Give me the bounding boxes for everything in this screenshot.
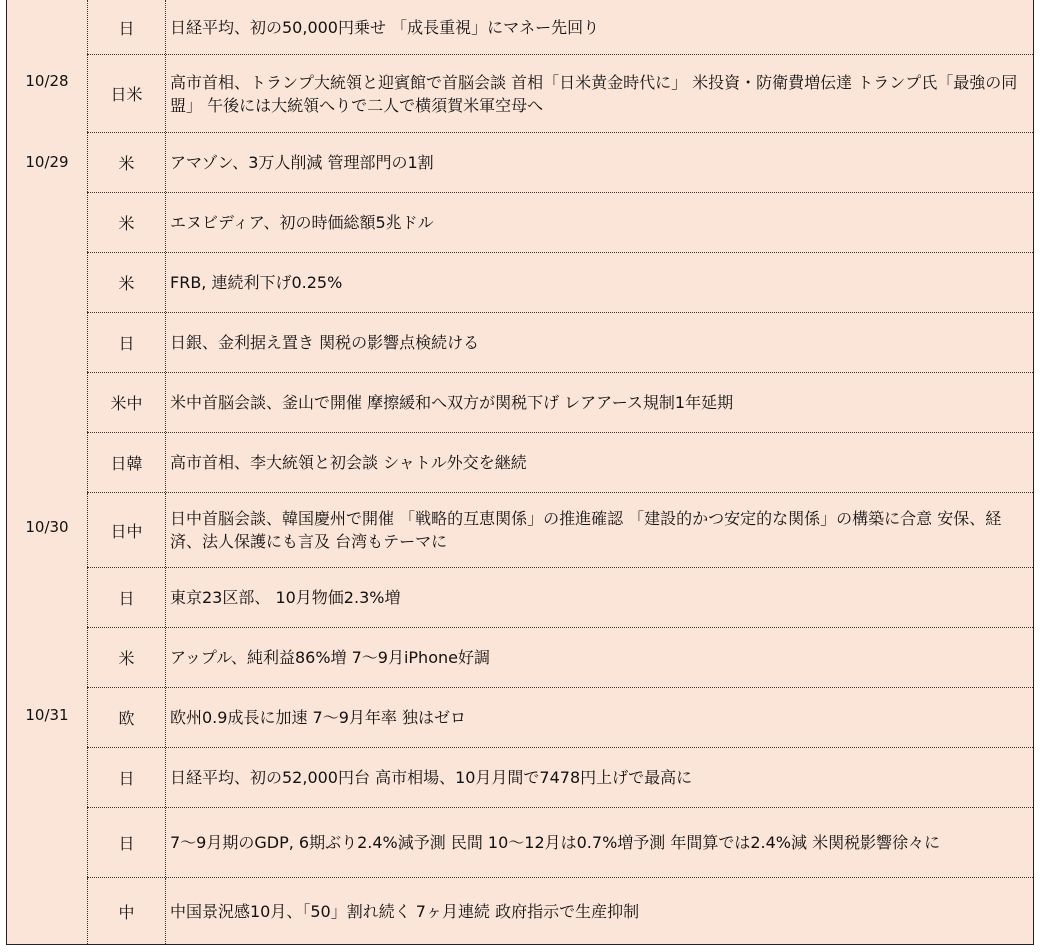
region-cell: 日米 bbox=[87, 55, 166, 132]
headline-cell: 高市首相、トランプ大統領と迎賓館で首脳会談 首相「日米黄金時代に」 米投資・防衛… bbox=[166, 55, 1033, 132]
table-row: 日米 高市首相、トランプ大統領と迎賓館で首脳会談 首相「日米黄金時代に」 米投資… bbox=[87, 55, 1033, 133]
region-cell: 中 bbox=[87, 878, 166, 944]
date-label: 10/28 bbox=[7, 72, 87, 90]
table-row: 米 アマゾン、3万人削減 管理部門の1割 bbox=[87, 133, 1033, 193]
table-row: 日 日経平均、初の52,000円台 高市相場、10月月間で7478円上げで最高に bbox=[87, 748, 1033, 808]
region-cell: 日 bbox=[87, 313, 166, 372]
date-label: 10/29 bbox=[7, 153, 87, 171]
region-cell: 米 bbox=[87, 628, 166, 687]
headline-cell: 日中首脳会談、韓国慶州で開催 「戦略的互恵関係」の推進確認 「建設的かつ安定的な… bbox=[166, 493, 1033, 567]
headline-cell: 日経平均、初の52,000円台 高市相場、10月月間で7478円上げで最高に bbox=[166, 748, 1033, 807]
table-row: 米 FRB, 連続利下げ0.25% bbox=[87, 253, 1033, 313]
headline-cell: アマゾン、3万人削減 管理部門の1割 bbox=[166, 133, 1033, 192]
headline-cell: エヌビディア、初の時価総額5兆ドル bbox=[166, 193, 1033, 252]
table-row: 中 中国景況感10月、「50」割れ続く 7ヶ月連続 政府指示で生産抑制 bbox=[87, 878, 1033, 944]
region-cell: 米 bbox=[87, 253, 166, 312]
table-row: 欧 欧州0.9成長に加速 7～9月年率 独はゼロ bbox=[87, 688, 1033, 748]
table-row: 米 エヌビディア、初の時価総額5兆ドル bbox=[87, 193, 1033, 253]
headline-cell: 米中首脳会談、釜山で開催 摩擦緩和へ双方が関税下げ レアアース規制1年延期 bbox=[166, 373, 1033, 432]
region-cell: 日中 bbox=[87, 493, 166, 567]
news-table: 10/28 10/29 10/30 10/31 日 日経平均、初の50,000円… bbox=[6, 0, 1034, 945]
headline-cell: FRB, 連続利下げ0.25% bbox=[166, 253, 1033, 312]
region-cell: 欧 bbox=[87, 688, 166, 747]
region-cell: 米中 bbox=[87, 373, 166, 432]
headline-cell: 東京23区部、 10月物価2.3%増 bbox=[166, 568, 1033, 627]
table-row: 日 日経平均、初の50,000円乗せ 「成長重視」にマネー先回り bbox=[87, 0, 1033, 55]
table-row: 日 7～9月期のGDP, 6期ぶり2.4%減予測 民間 10～12月は0.7%増… bbox=[87, 808, 1033, 878]
table-row: 日 日銀、金利据え置き 関税の影響点検続ける bbox=[87, 313, 1033, 373]
region-cell: 日 bbox=[87, 0, 166, 54]
headline-cell: アップル、純利益86%増 7～9月iPhone好調 bbox=[166, 628, 1033, 687]
region-cell: 日 bbox=[87, 748, 166, 807]
table-row: 日韓 高市首相、李大統領と初会談 シャトル外交を継続 bbox=[87, 433, 1033, 493]
headline-cell: 欧州0.9成長に加速 7～9月年率 独はゼロ bbox=[166, 688, 1033, 747]
headline-cell: 日銀、金利据え置き 関税の影響点検続ける bbox=[166, 313, 1033, 372]
headline-cell: 高市首相、李大統領と初会談 シャトル外交を継続 bbox=[166, 433, 1033, 492]
table-row: 米 アップル、純利益86%増 7～9月iPhone好調 bbox=[87, 628, 1033, 688]
region-cell: 日 bbox=[87, 568, 166, 627]
region-cell: 米 bbox=[87, 133, 166, 192]
region-cell: 米 bbox=[87, 193, 166, 252]
table-row: 日 東京23区部、 10月物価2.3%増 bbox=[87, 568, 1033, 628]
region-cell: 日 bbox=[87, 808, 166, 877]
headline-cell: 中国景況感10月、「50」割れ続く 7ヶ月連続 政府指示で生産抑制 bbox=[166, 878, 1033, 944]
table-row: 米中 米中首脳会談、釜山で開催 摩擦緩和へ双方が関税下げ レアアース規制1年延期 bbox=[87, 373, 1033, 433]
headline-cell: 日経平均、初の50,000円乗せ 「成長重視」にマネー先回り bbox=[166, 0, 1033, 54]
date-label: 10/31 bbox=[7, 706, 87, 724]
table-row: 日中 日中首脳会談、韓国慶州で開催 「戦略的互恵関係」の推進確認 「建設的かつ安… bbox=[87, 493, 1033, 568]
region-cell: 日韓 bbox=[87, 433, 166, 492]
date-label: 10/30 bbox=[7, 518, 87, 536]
headline-cell: 7～9月期のGDP, 6期ぶり2.4%減予測 民間 10～12月は0.7%増予測… bbox=[166, 808, 1033, 877]
